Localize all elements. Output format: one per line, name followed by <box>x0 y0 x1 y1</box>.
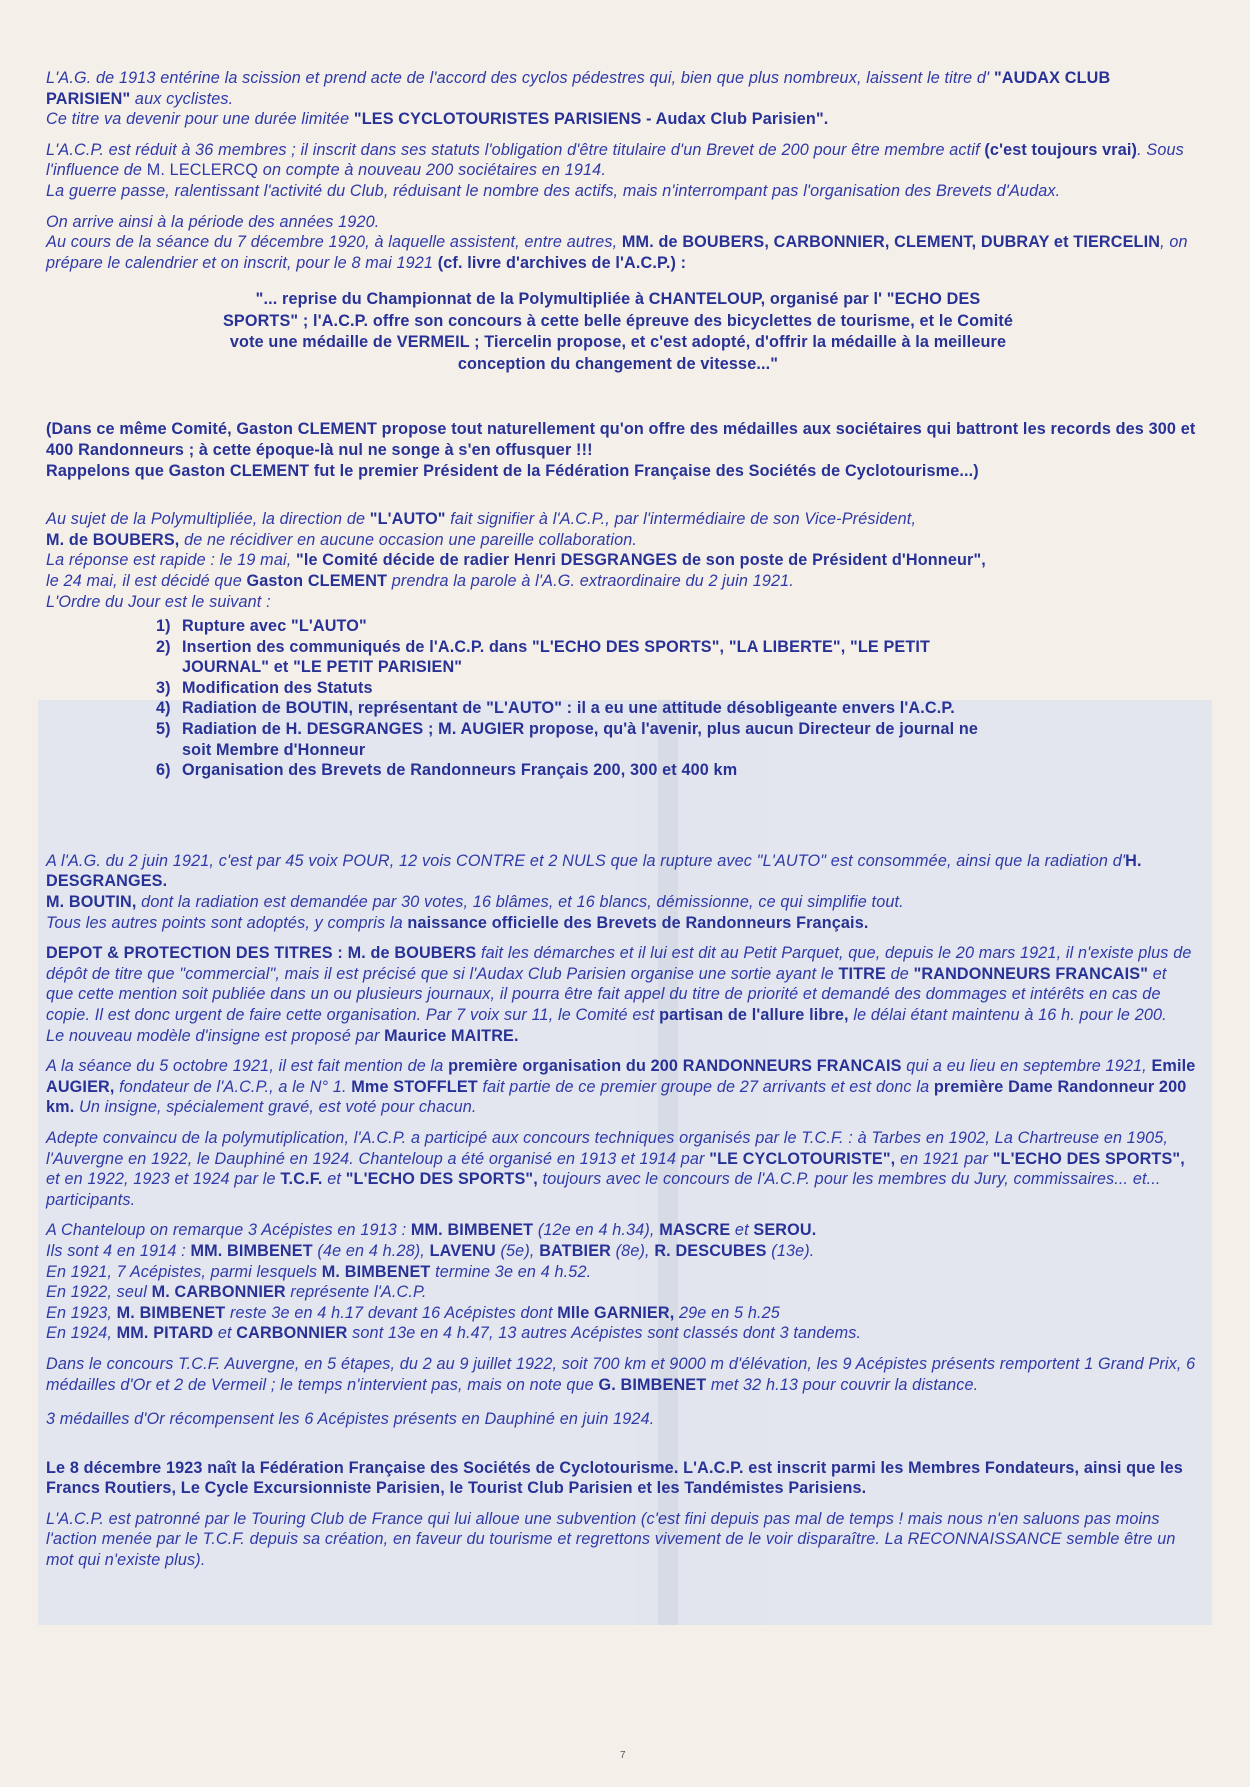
spacer <box>46 1440 1196 1458</box>
archive-quote: "... reprise du Championnat de la Polymu… <box>46 289 1018 375</box>
text-span: On arrive ainsi à la période des années … <box>46 213 379 231</box>
paragraph-auvergne: Dans le concours T.C.F. Auvergne, en 5 é… <box>46 1354 1196 1395</box>
result-line-1924: En 1924, MM. PITARD et CARBONNIER sont 1… <box>46 1324 861 1342</box>
person-name: Gaston CLEMENT <box>247 572 388 590</box>
item-number: 4) <box>156 698 171 719</box>
text-span: Le nouveau modèle d'insigne est proposé … <box>46 1027 384 1045</box>
person-name: M. BIMBENET <box>322 1263 431 1281</box>
text-span: (12e en 4 h.34), <box>533 1221 659 1239</box>
item-number: 5) <box>156 719 171 740</box>
text-span: En 1922, seul <box>46 1283 152 1301</box>
agenda-item: 1)Rupture avec "L'AUTO" <box>156 616 982 637</box>
text-span: (8e), <box>611 1242 654 1260</box>
result-line-1921: En 1921, 7 Acépistes, parmi lesquels M. … <box>46 1263 591 1281</box>
committee-decision: "le Comité décide de radier Henri DESGRA… <box>296 551 986 569</box>
agenda-list: 1)Rupture avec "L'AUTO" 2)Insertion des … <box>46 616 1196 781</box>
item-text: Insertion des communiqués de l'A.C.P. da… <box>182 638 930 677</box>
paragraph-ffsc-founding: Le 8 décembre 1923 naît la Fédération Fr… <box>46 1458 1196 1499</box>
text-span: A Chanteloup on remarque 3 Acépistes en … <box>46 1221 411 1239</box>
text-span: La guerre passe, ralentissant l'activité… <box>46 182 1060 200</box>
text-span: Un insigne, spécialement gravé, est voté… <box>74 1098 476 1116</box>
person-name: Maurice MAITRE. <box>384 1027 518 1045</box>
text-span: de ne récidiver en aucune occasion une p… <box>179 531 637 549</box>
paragraph-ag-1913: L'A.G. de 1913 entérine la scission et p… <box>46 68 1196 130</box>
item-number: 2) <box>156 637 171 658</box>
item-text: Radiation de H. DESGRANGES ; M. AUGIER p… <box>182 720 978 759</box>
person-name: CARBONNIER <box>236 1324 347 1342</box>
text-span: qui a eu lieu en septembre 1921, <box>902 1057 1152 1075</box>
page-number: 7 <box>620 1750 626 1761</box>
spacer <box>46 375 1196 419</box>
section-heading: DEPOT & PROTECTION DES TITRES : M. de BO… <box>46 944 476 962</box>
item-text: Radiation de BOUTIN, représentant de "L'… <box>182 699 955 717</box>
agenda-item: 5)Radiation de H. DESGRANGES ; M. AUGIER… <box>156 719 982 760</box>
spacer <box>46 491 1196 509</box>
text-span: reste 3e en 4 h.17 devant 16 Acépistes d… <box>225 1304 557 1322</box>
paragraph-polymultiplication: Adepte convaincu de la polymutiplication… <box>46 1128 1196 1210</box>
paragraph-lauto-rupture: Au sujet de la Polymultipliée, la direct… <box>46 509 1196 612</box>
text-span: La réponse est rapide : le 19 mai, <box>46 551 296 569</box>
result-line-1913: A Chanteloup on remarque 3 Acépistes en … <box>46 1221 816 1239</box>
text-span: le délai étant maintenu à 16 h. pour le … <box>849 1006 1167 1024</box>
paragraph-dauphine: 3 médailles d'Or récompensent les 6 Acép… <box>46 1409 1196 1430</box>
person-name: TIERCELIN <box>1073 233 1160 251</box>
paragraph-ag-vote: A l'A.G. du 2 juin 1921, c'est par 45 vo… <box>46 851 1196 933</box>
text-span: Ce titre va devenir pour une durée limit… <box>46 110 354 128</box>
paragraph-acp-members: L'A.C.P. est réduit à 36 membres ; il in… <box>46 140 1196 202</box>
person-name: Mme STOFFLET <box>351 1078 478 1096</box>
emphasis: première organisation du 200 RANDONNEURS… <box>448 1057 901 1075</box>
person-name: M. CARBONNIER <box>152 1283 286 1301</box>
archive-reference: (cf. livre d'archives de l'A.C.P.) : <box>438 254 687 272</box>
text-span: aux cyclistes. <box>130 90 233 108</box>
agenda-item: 2)Insertion des communiqués de l'A.C.P. … <box>156 637 982 678</box>
text-span: de <box>886 965 914 983</box>
result-line-1923: En 1923, M. BIMBENET reste 3e en 4 h.17 … <box>46 1304 780 1322</box>
text-span: et <box>730 1221 753 1239</box>
person-name: MM. BIMBENET <box>190 1242 312 1260</box>
text-span: L'Ordre du Jour est le suivant : <box>46 593 271 611</box>
text-span: Au sujet de la Polymultipliée, la direct… <box>46 510 370 528</box>
person-name: R. DESCUBES <box>654 1242 766 1260</box>
text-span: on compte à nouveau 200 sociétaires en 1… <box>258 161 606 179</box>
newspaper-name: "L'ECHO DES SPORTS", <box>993 1150 1185 1168</box>
newspaper-name: "L'ECHO DES SPORTS", <box>346 1170 538 1188</box>
person-name: M. LECLERCQ <box>147 161 258 179</box>
agenda-item: 6)Organisation des Brevets de Randonneur… <box>156 760 982 781</box>
org-name: T.C.F. <box>280 1170 322 1188</box>
person-name: MASCRE <box>659 1221 730 1239</box>
item-number: 1) <box>156 616 171 637</box>
text-span: Ils sont 4 en 1914 : <box>46 1242 190 1260</box>
text-span: représente l'A.C.P. <box>286 1283 427 1301</box>
person-name: MM. PITARD <box>117 1324 214 1342</box>
item-text: Modification des Statuts <box>182 679 373 697</box>
text-span: (4e en 4 h.28), <box>313 1242 430 1260</box>
text-span: et <box>213 1324 236 1342</box>
person-name: M. BIMBENET <box>117 1304 226 1322</box>
club-title: "LES CYCLOTOURISTES PARISIENS - Audax Cl… <box>354 110 824 128</box>
text-span: Tous les autres points sont adoptés, y c… <box>46 914 407 932</box>
paragraph-tcf-patronage: L'A.C.P. est patronné par le Touring Clu… <box>46 1509 1196 1571</box>
text-span: le 24 mai, il est décidé que <box>46 572 247 590</box>
paragraph-chanteloup-results: A Chanteloup on remarque 3 Acépistes en … <box>46 1220 1196 1344</box>
text-span: Au cours de la séance du 7 décembre 1920… <box>46 233 622 251</box>
person-names: MM. de BOUBERS, CARBONNIER, CLEMENT, DUB… <box>622 233 1049 251</box>
text-span: L'A.G. de 1913 entérine la scission et p… <box>46 69 994 87</box>
text-span: fait partie de ce premier groupe de 27 a… <box>478 1078 934 1096</box>
item-text: Organisation des Brevets de Randonneurs … <box>182 761 737 779</box>
text-span: termine 3e en 4 h.52. <box>430 1263 591 1281</box>
result-line-1914: Ils sont 4 en 1914 : MM. BIMBENET (4e en… <box>46 1242 814 1260</box>
emphasis: partisan de l'allure libre, <box>659 1006 849 1024</box>
newspaper-name: "L'AUTO" <box>370 510 446 528</box>
item-number: 6) <box>156 760 171 781</box>
text-span: A la séance du 5 octobre 1921, il est fa… <box>46 1057 448 1075</box>
agenda-item: 4)Radiation de BOUTIN, représentant de "… <box>156 698 982 719</box>
text-span: En 1923, <box>46 1304 117 1322</box>
text-span: (5e), <box>496 1242 539 1260</box>
person-name: Mlle GARNIER, <box>557 1304 674 1322</box>
newspaper-name: "LE CYCLOTOURISTE", <box>709 1150 895 1168</box>
emphasis: TITRE <box>838 965 886 983</box>
text-span: et en 1922, 1923 et 1924 par le <box>46 1170 280 1188</box>
text-span: fait signifier à l'A.C.P., par l'intermé… <box>446 510 916 528</box>
emphasis: naissance officielle des Brevets de Rand… <box>407 914 868 932</box>
text-span: sont 13e en 4 h.47, 13 autres Acépistes … <box>348 1324 862 1342</box>
text-span: en 1921 par <box>895 1150 992 1168</box>
text-span: A l'A.G. du 2 juin 1921, c'est par 45 vo… <box>46 852 1125 870</box>
paragraph-1920s: On arrive ainsi à la période des années … <box>46 212 1196 274</box>
item-text: Rupture avec "L'AUTO" <box>182 617 367 635</box>
agenda-item: 3)Modification des Statuts <box>156 678 982 699</box>
spacer <box>46 781 1196 851</box>
person-name: M. BOUTIN, <box>46 893 137 911</box>
text-span: fondateur de l'A.C.P., a le N° 1. <box>115 1078 352 1096</box>
text-span: L'A.C.P. est réduit à 36 membres ; il in… <box>46 141 984 159</box>
text-span: En 1921, 7 Acépistes, parmi lesquels <box>46 1263 322 1281</box>
text-span: prendra la parole à l'A.G. extraordinair… <box>387 572 794 590</box>
text-span: met 32 h.13 pour couvrir la distance. <box>706 1376 978 1394</box>
text-span: 29e en 5 h.25 <box>674 1304 780 1322</box>
person-name: SEROU. <box>753 1221 816 1239</box>
person-name: LAVENU <box>430 1242 496 1260</box>
text-span: et <box>1049 233 1073 251</box>
text-span: et <box>323 1170 346 1188</box>
paragraph-clement-records: (Dans ce même Comité, Gaston CLEMENT pro… <box>46 419 1196 481</box>
text-span: dont la radiation est demandée par 30 vo… <box>137 893 904 911</box>
result-line-1922: En 1922, seul M. CARBONNIER représente l… <box>46 1283 427 1301</box>
person-name: BATBIER <box>539 1242 611 1260</box>
person-name: MM. BIMBENET <box>411 1221 533 1239</box>
paragraph-first-200: A la séance du 5 octobre 1921, il est fa… <box>46 1056 1196 1118</box>
document-page: L'A.G. de 1913 entérine la scission et p… <box>46 68 1196 1581</box>
text-span: . <box>824 110 829 128</box>
emphasis: (c'est toujours vrai) <box>984 141 1137 159</box>
person-name: M. de BOUBERS, <box>46 531 179 549</box>
paragraph-depot-titres: DEPOT & PROTECTION DES TITRES : M. de BO… <box>46 943 1196 1046</box>
item-number: 3) <box>156 678 171 699</box>
text-span: (13e). <box>767 1242 815 1260</box>
text-span: Rappelons que Gaston CLEMENT fut le prem… <box>46 462 979 480</box>
text-span: En 1924, <box>46 1324 117 1342</box>
title-name: "RANDONNEURS FRANCAIS" <box>914 965 1149 983</box>
text-span: (Dans ce même Comité, Gaston CLEMENT pro… <box>46 420 1195 459</box>
person-name: G. BIMBENET <box>599 1376 707 1394</box>
